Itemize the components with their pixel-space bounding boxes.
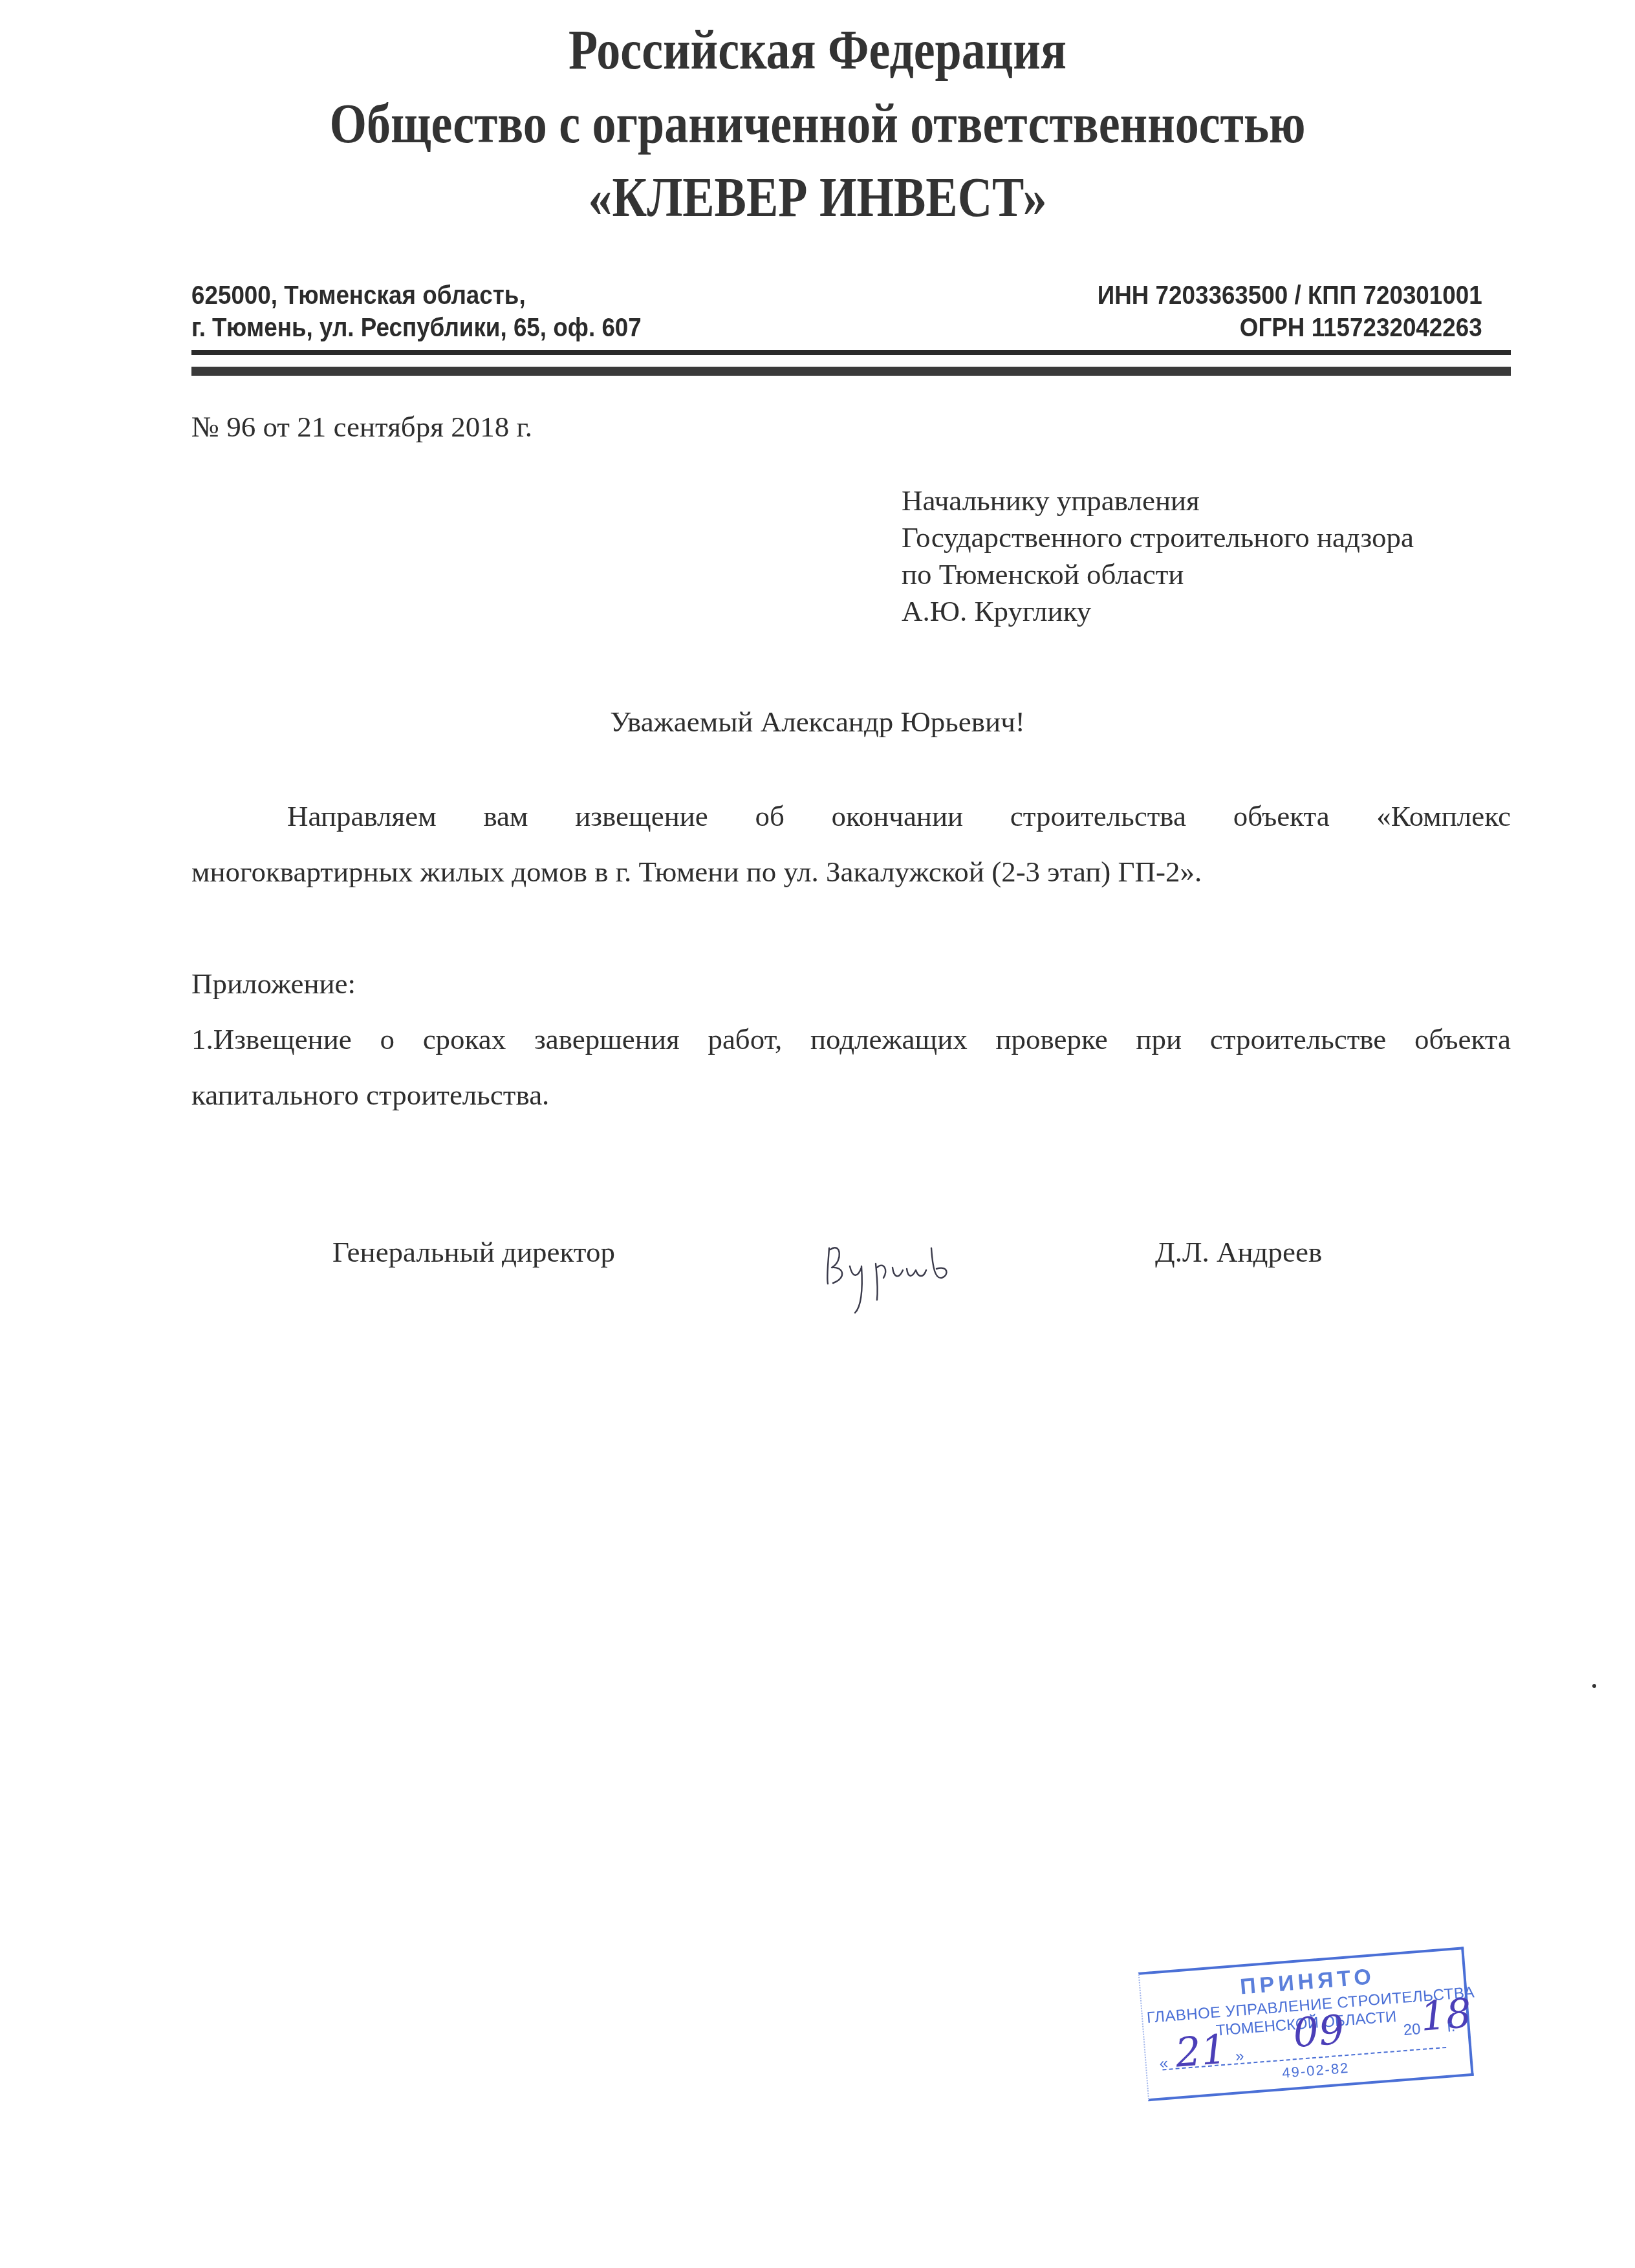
stamp-year: 18 [1418, 1989, 1473, 2040]
outgoing-reference: № 96 от 21 сентября 2018 г. [191, 409, 532, 445]
addressee-line: Государственного строительного надзора [902, 519, 1414, 556]
attachments-label: Приложение: [191, 956, 1511, 1011]
letterhead-country: Российская Федерация [114, 14, 1521, 85]
addressee-line: А.Ю. Круглику [902, 593, 1414, 630]
body-line: многоквартирных жилых домов в г. Тюмени … [191, 844, 1511, 900]
address-line: г. Тюмень, ул. Республики, 65, оф. 607 [191, 312, 642, 344]
address-line: 625000, Тюменская область, [191, 279, 642, 312]
addressee-line: по Тюменской области [902, 556, 1414, 593]
letterhead-company-name: «КЛЕВЕР ИНВЕСТ» [114, 162, 1521, 233]
letterhead-registration: ИНН 7203363500 / КПП 720301001 ОГРН 1157… [1098, 279, 1482, 344]
stamp-month: 09 [1292, 2005, 1346, 2057]
ogrn: ОГРН 1157232042263 [1098, 312, 1482, 344]
letterhead-address: 625000, Тюменская область, г. Тюмень, ул… [191, 279, 642, 344]
stamp-year-unit: г. [1447, 2018, 1456, 2036]
stamp-day: 21 [1174, 2025, 1228, 2077]
handwritten-signature-icon [821, 1216, 1002, 1319]
stamp-quote-close: » [1235, 2047, 1245, 2066]
attachment-item-cont: капитального строительства. [191, 1067, 1511, 1123]
letterhead-divider-thin [191, 350, 1511, 355]
attachment-item: 1.Извещение о сроках завершения работ, п… [191, 1011, 1511, 1067]
body-line: Направляем вам извещение об окончании ст… [191, 788, 1511, 844]
inn-kpp: ИНН 7203363500 / КПП 720301001 [1098, 279, 1482, 312]
scan-speck [1592, 1684, 1596, 1688]
salutation: Уважаемый Александр Юрьевич! [0, 705, 1635, 739]
received-stamp: ПРИНЯТО ГЛАВНОЕ УПРАВЛЕНИЕ СТРОИТЕЛЬСТВА… [1137, 1934, 1477, 2101]
letter-page: Российская Федерация Общество с ограниче… [0, 0, 1635, 2268]
addressee-block: Начальнику управления Государственного с… [902, 482, 1414, 630]
body-paragraph: Направляем вам извещение об окончании ст… [191, 788, 1511, 900]
letterhead-company-type: Общество с ограниченной ответственностью [114, 88, 1521, 159]
signatory-name: Д.Л. Андреев [1155, 1235, 1322, 1269]
signatory-title: Генеральный директор [332, 1235, 615, 1269]
addressee-line: Начальнику управления [902, 482, 1414, 519]
stamp-quote-open: « [1159, 2055, 1169, 2073]
letterhead-divider-thick [191, 367, 1511, 376]
attachments-section: Приложение: 1.Извещение о сроках заверше… [191, 956, 1511, 1123]
stamp-year-prefix: 20 [1403, 2020, 1422, 2040]
